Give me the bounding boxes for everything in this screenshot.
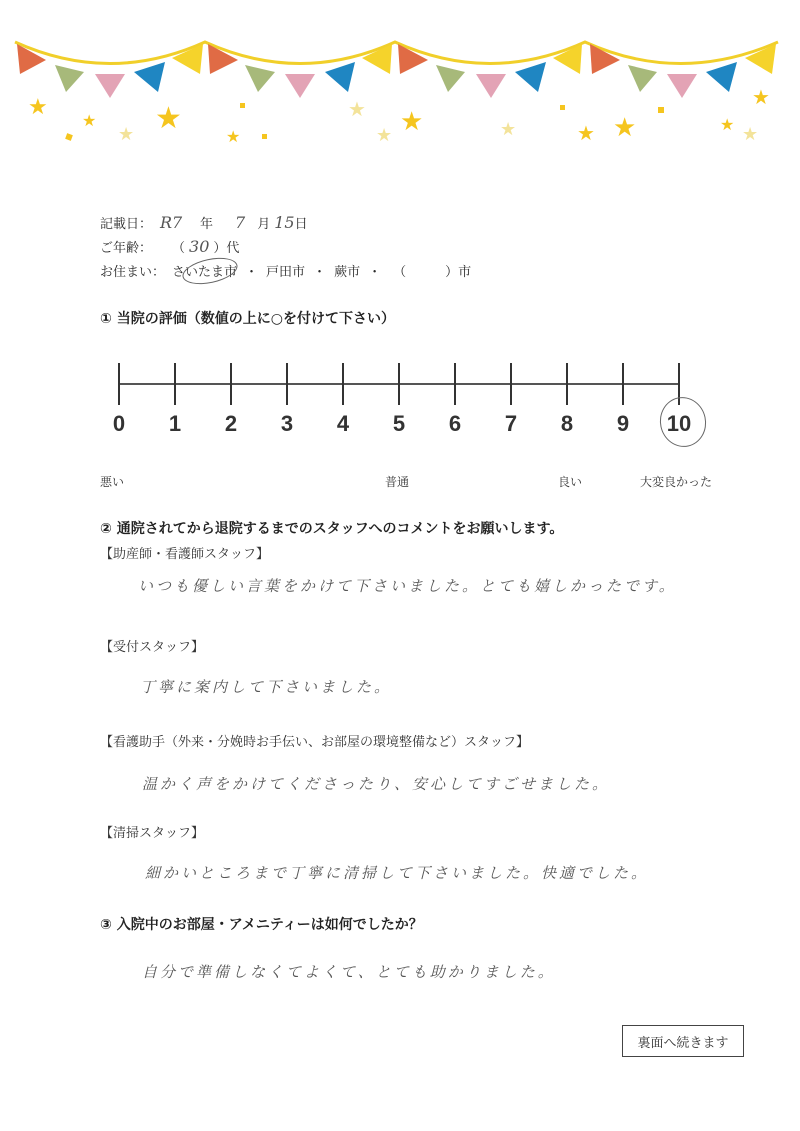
residence-label: お住まい： (100, 261, 172, 280)
scale-tick (566, 363, 568, 405)
scale-tick (510, 363, 512, 405)
selected-residence-circle (180, 253, 240, 288)
svg-text:★: ★ (82, 111, 96, 130)
nursing-assistant-label: 【看護助手（外来・分娩時お手伝い、お部屋の環境整備など）スタッフ】 (100, 731, 529, 750)
svg-text:★: ★ (577, 121, 595, 145)
scale-value-6[interactable]: 6 (435, 411, 475, 437)
reception-label: 【受付スタッフ】 (100, 636, 204, 655)
scale-tick (398, 363, 400, 405)
reception-comment[interactable]: 丁寧に案内して下さいました。 (140, 676, 392, 697)
midwife-nurse-comment[interactable]: いつも優しい言葉をかけて下さいました。とても嬉しかったです。 (138, 575, 677, 596)
date-label: 記載日： (100, 213, 158, 232)
stars-icon: ★ ★ ★ ★ ★ ★ ★ ★ ★ (28, 85, 770, 146)
age-label: ご年齢： (100, 237, 172, 256)
date-era-value[interactable]: R7 (160, 213, 200, 232)
age-open-paren: （ (172, 237, 185, 256)
residence-option-toda[interactable]: 戸田市 (266, 261, 305, 280)
bunting-string (15, 42, 778, 64)
scale-value-3[interactable]: 3 (267, 411, 307, 437)
scale-tick (342, 363, 344, 405)
continue-label: 裏面へ続きます (637, 1032, 728, 1051)
scale-tick (174, 363, 176, 405)
room-amenity-comment[interactable]: 自分で準備しなくてよくて、とても助かりました。 (142, 961, 556, 982)
scale-tick (118, 363, 120, 405)
q2-title: ② 通院されてから退院するまでのスタッフへのコメントをお願いします。 (100, 518, 563, 538)
date-month-value[interactable]: 7 (235, 213, 245, 232)
q3-title: ③ 入院中のお部屋・アメニティーは如何でしたか？ (100, 914, 423, 934)
scale-value-7[interactable]: 7 (491, 411, 531, 437)
q1-title: ① 当院の評価（数値の上に○を付けて下さい） (100, 308, 395, 328)
age-suffix: ）代 (213, 237, 239, 256)
selected-rating-circle (655, 393, 710, 451)
residence-row: お住まい： さいたま市 ・ 戸田市 ・ 蕨市 ・ （ ）市 (100, 261, 471, 280)
anchor-average: 普通 (385, 473, 409, 490)
residence-separator: ・ (313, 261, 326, 280)
bunting-banner: ★ ★ ★ ★ ★ ★ ★ ★ ★ ★ ★ ★ ★ ★ (0, 30, 800, 170)
scale-tick (286, 363, 288, 405)
age-row: ご年齢： （ 30 ）代 (100, 237, 239, 256)
svg-text:★: ★ (400, 107, 423, 137)
residence-option-warabi[interactable]: 蕨市 (334, 261, 360, 280)
light-stars-icon: ★ ★ ★ ★ ★ (118, 97, 758, 146)
svg-text:★: ★ (742, 124, 758, 145)
anchor-bad: 悪い (100, 473, 124, 490)
scale-value-0[interactable]: 0 (99, 411, 139, 437)
residence-option-other[interactable]: （ ）市 (393, 261, 471, 280)
svg-text:★: ★ (500, 119, 516, 140)
midwife-nurse-label: 【助産師・看護師スタッフ】 (100, 543, 269, 562)
bunting-flags-icon (17, 44, 776, 98)
scale-tick (454, 363, 456, 405)
scale-tick (622, 363, 624, 405)
scale-value-2[interactable]: 2 (211, 411, 251, 437)
year-unit: 年 (200, 213, 213, 232)
scale-value-4[interactable]: 4 (323, 411, 363, 437)
date-row: 記載日： R7 年 7 月 15 日 (100, 213, 308, 232)
scale-tick (230, 363, 232, 405)
anchor-good: 良い (558, 473, 582, 490)
scale-value-9[interactable]: 9 (603, 411, 643, 437)
scale-value-8[interactable]: 8 (547, 411, 587, 437)
rating-scale: 0 1 2 3 4 5 6 7 8 9 10 悪い 普通 良い 大変良かった (100, 345, 740, 495)
svg-text:★: ★ (752, 85, 770, 109)
residence-separator: ・ (368, 261, 381, 280)
month-unit: 月 (257, 213, 270, 232)
age-value[interactable]: 30 (189, 237, 209, 256)
cleaning-label: 【清掃スタッフ】 (100, 822, 204, 841)
svg-text:★: ★ (155, 101, 182, 136)
svg-text:★: ★ (613, 113, 636, 143)
residence-separator: ・ (245, 261, 258, 280)
continue-on-back-box: 裏面へ続きます (622, 1025, 744, 1057)
nursing-assistant-comment[interactable]: 温かく声をかけてくださったり、安心してすごせました。 (142, 773, 610, 794)
svg-text:★: ★ (376, 125, 392, 146)
svg-text:★: ★ (720, 115, 734, 134)
cleaning-comment[interactable]: 細かいところまで丁寧に清掃して下さいました。快適でした。 (145, 862, 649, 883)
svg-text:★: ★ (348, 97, 366, 121)
date-day-value[interactable]: 15 (274, 213, 294, 232)
anchor-excellent: 大変良かった (640, 473, 712, 490)
svg-text:★: ★ (226, 127, 240, 146)
scale-value-1[interactable]: 1 (155, 411, 195, 437)
svg-text:★: ★ (28, 95, 48, 120)
day-unit: 日 (295, 213, 308, 232)
svg-text:★: ★ (118, 124, 134, 145)
scale-value-5[interactable]: 5 (379, 411, 419, 437)
